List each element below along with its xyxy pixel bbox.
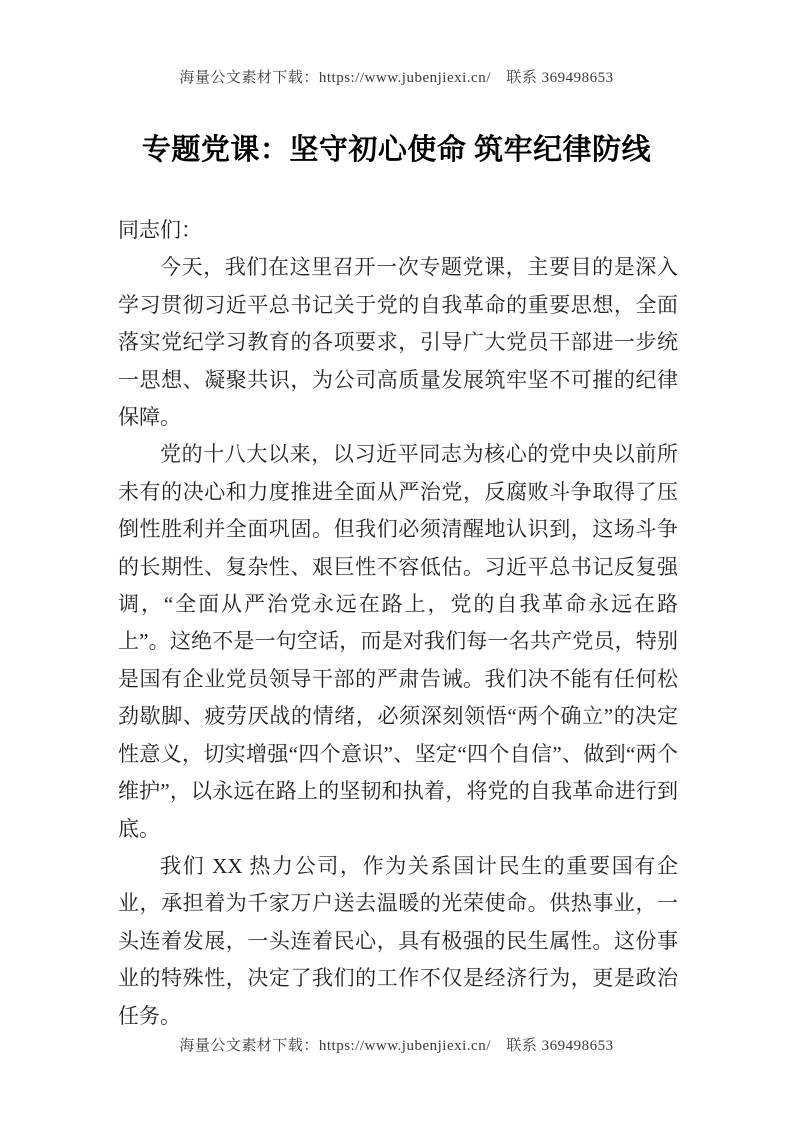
- page-header-watermark: 海量公文素材下载：https://www.jubenjiexi.cn/ 联系 3…: [0, 66, 793, 87]
- document-page: 海量公文素材下载：https://www.jubenjiexi.cn/ 联系 3…: [0, 0, 793, 1122]
- document-body: 同志们： 今天，我们在这里召开一次专题党课，主要目的是深入学习贯彻习近平总书记关…: [118, 212, 678, 1035]
- body-paragraph: 今天，我们在这里召开一次专题党课，主要目的是深入学习贯彻习近平总书记关于党的自我…: [118, 249, 678, 436]
- body-paragraph: 党的十八大以来，以习近平同志为核心的党中央以前所未有的决心和力度推进全面从严治党…: [118, 436, 678, 847]
- page-footer-watermark: 海量公文素材下载：https://www.jubenjiexi.cn/ 联系 3…: [0, 1034, 793, 1055]
- body-paragraph: 我们 XX 热力公司，作为关系国计民生的重要国有企业，承担着为千家万户送去温暖的…: [118, 848, 678, 1035]
- document-title: 专题党课：坚守初心使命 筑牢纪律防线: [0, 128, 793, 172]
- salutation: 同志们：: [118, 212, 678, 249]
